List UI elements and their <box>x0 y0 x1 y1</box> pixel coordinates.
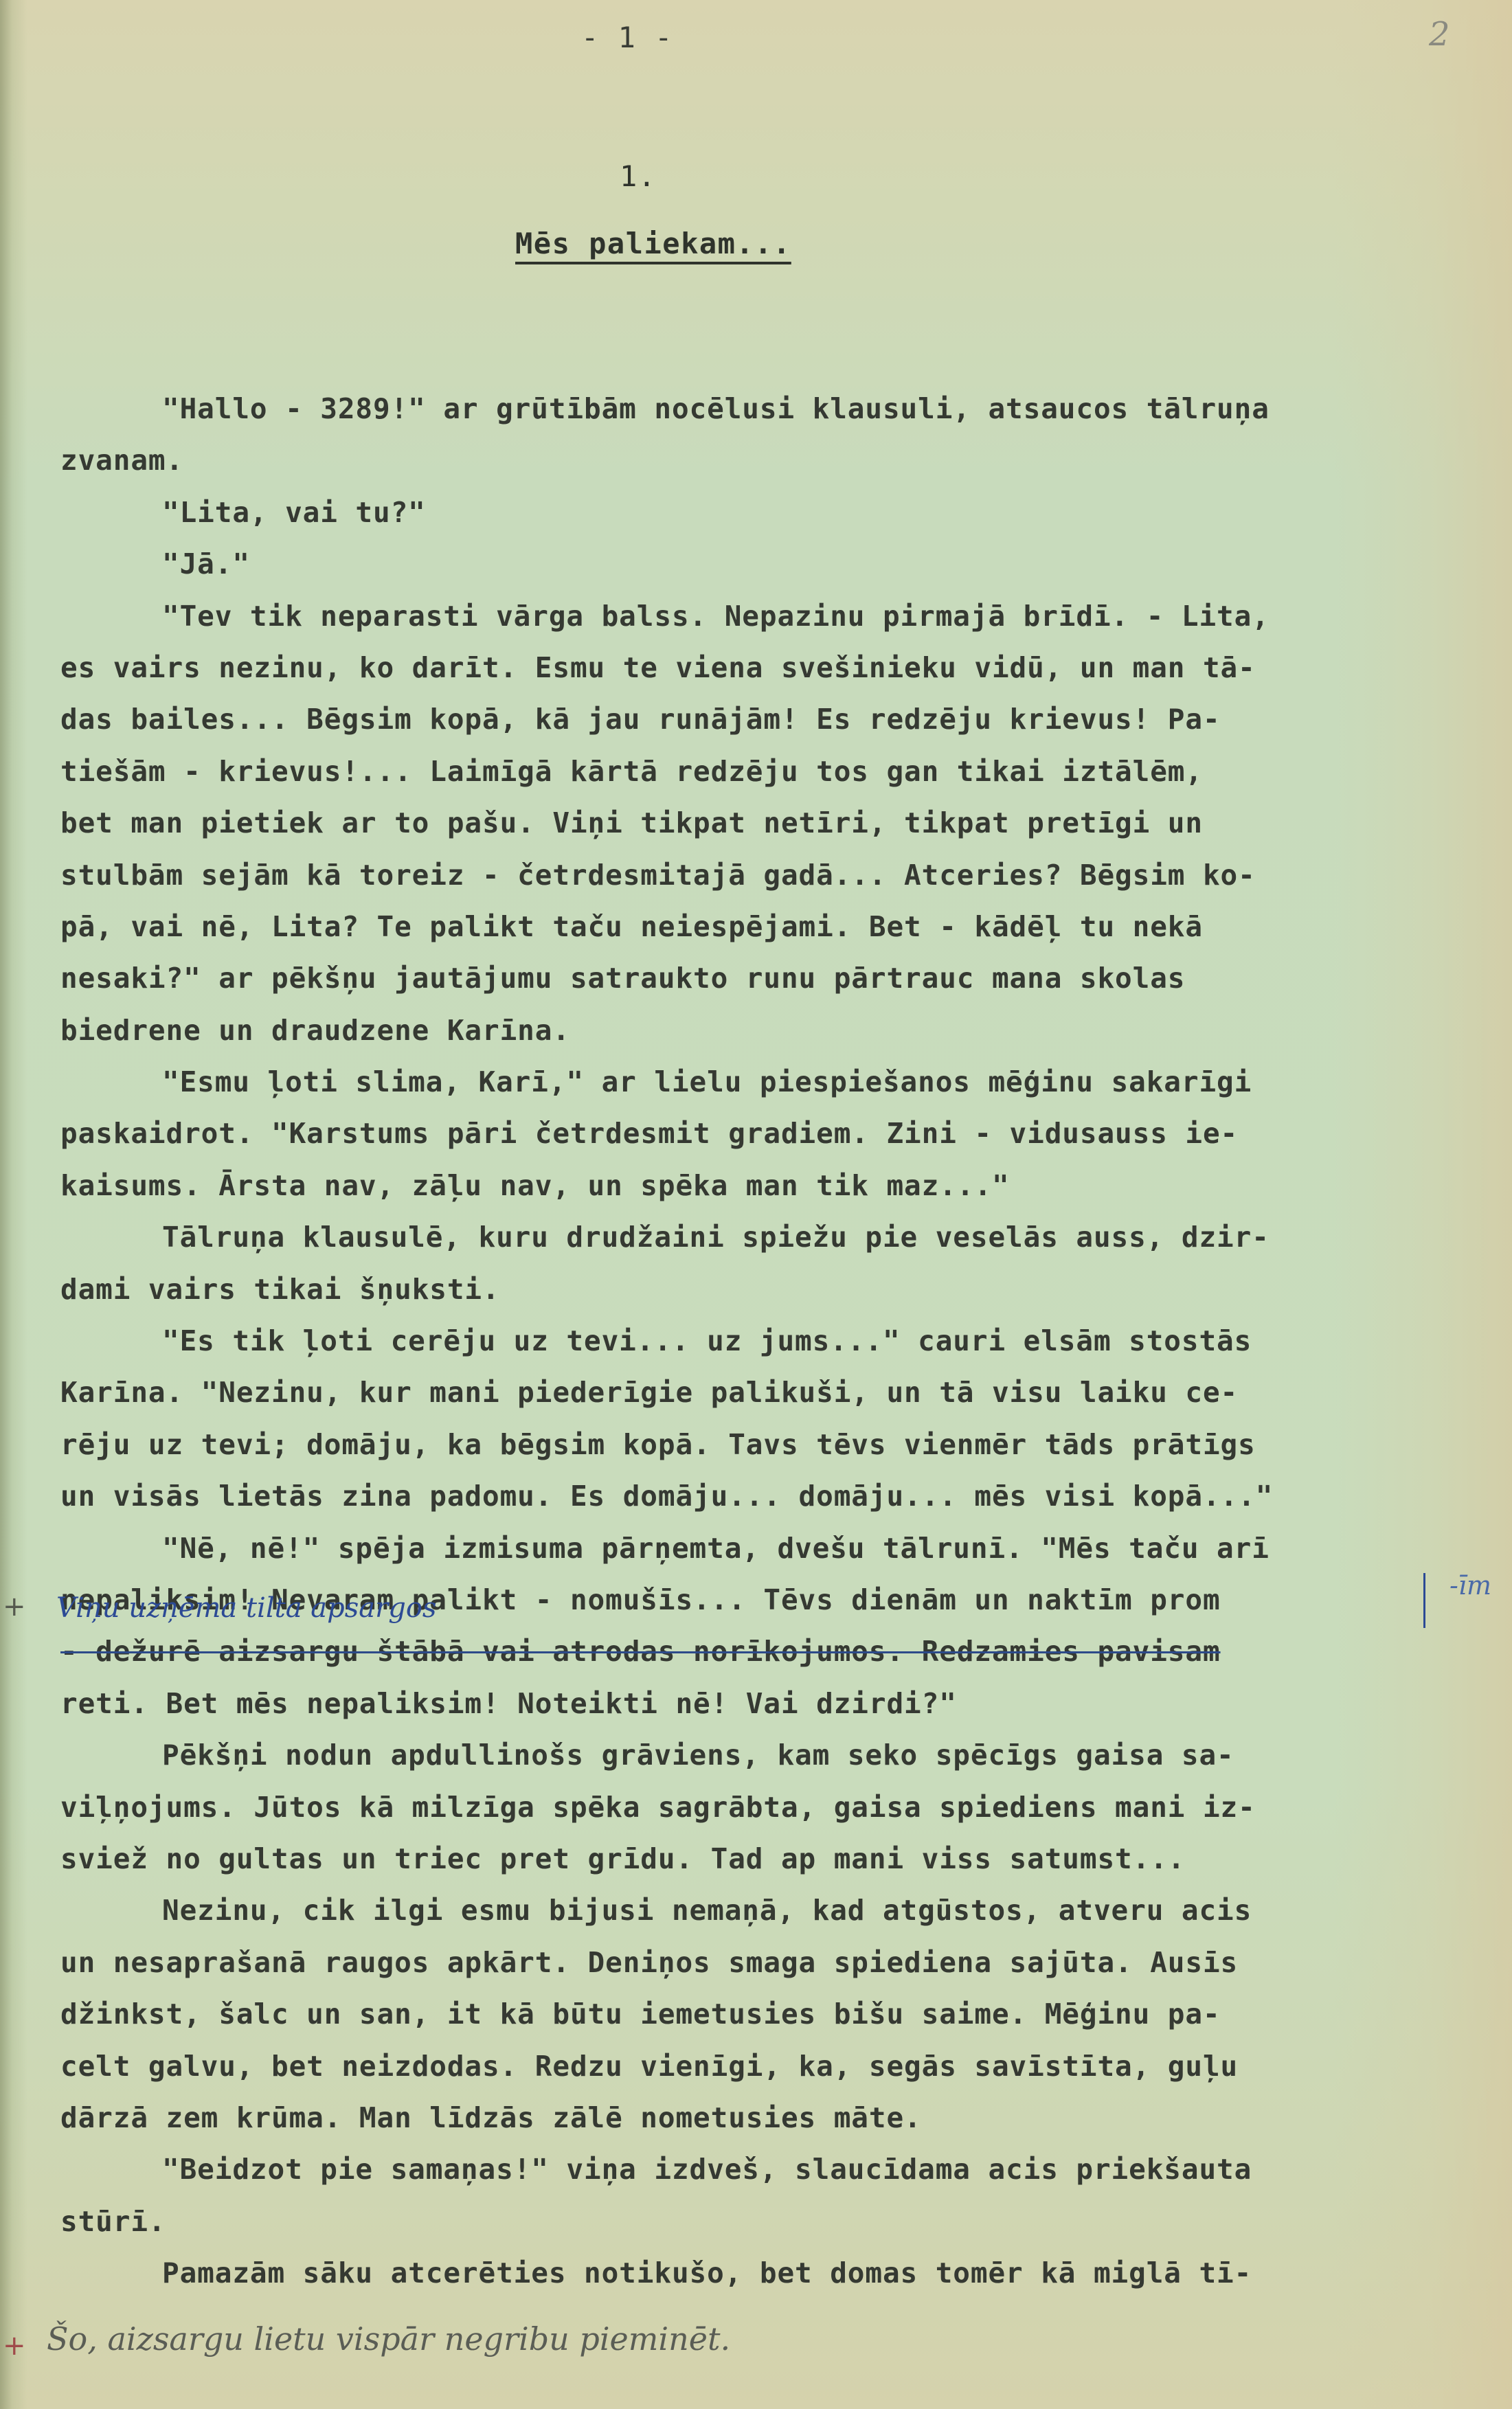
text-line-content: un visās lietās zina padomu. Es domāju..… <box>60 1480 1273 1513</box>
text-line-content: "Lita, vai tu?" <box>162 496 426 529</box>
text-line-content: Nezinu, cik ilgi esmu bijusi nemaņā, kad… <box>162 1894 1252 1927</box>
text-line-content: pā, vai nē, Lita? Te palikt taču neiespē… <box>60 910 1203 943</box>
text-line-content: rēju uz tevi; domāju, ka bēgsim kopā. Ta… <box>60 1428 1256 1461</box>
text-line-content: dārzā zem krūma. Man līdzās zālē nometus… <box>60 2101 922 2134</box>
text-line-content: bet man pietiek ar to pašu. Viņi tikpat … <box>60 806 1203 839</box>
text-line: dami vairs tikai šņuksti. <box>60 1264 1469 1315</box>
text-line: "Lita, vai tu?" <box>60 487 1469 539</box>
text-line-content: celt galvu, bet neizdodas. Redzu vienīgi… <box>60 2050 1238 2083</box>
text-line-content: un nesaprašanā raugos apkārt. Deniņos sm… <box>60 1946 1238 1979</box>
text-line-content: paskaidrot. "Karstums pāri četrdesmit gr… <box>60 1117 1238 1150</box>
text-line: un nesaprašanā raugos apkārt. Deniņos sm… <box>60 1937 1469 1989</box>
text-line: nesaki?" ar pēkšņu jautājumu satraukto r… <box>60 953 1469 1004</box>
text-line: kaisums. Ārsta nav, zāļu nav, un spēka m… <box>60 1160 1469 1212</box>
text-line: "Esmu ļoti slima, Karī," ar lielu piespi… <box>60 1056 1469 1108</box>
text-line: un visās lietās zina padomu. Es domāju..… <box>60 1471 1469 1522</box>
handwritten-page-number: 2 <box>1429 15 1450 54</box>
text-line-content: "Tev tik neparasti vārga balss. Nepazinu… <box>162 600 1270 633</box>
text-line: stulbām sejām kā toreiz - četrdesmitajā … <box>60 850 1469 901</box>
text-line: biedrene un draudzene Karīna. <box>60 1005 1469 1056</box>
text-line: - dežurē aizsargu štābā vai atrodas norī… <box>60 1626 1469 1677</box>
text-line-content: sviež no gultas un triec pret grīdu. Tad… <box>60 1842 1185 1875</box>
text-line: bet man pietiek ar to pašu. Viņi tikpat … <box>60 798 1469 849</box>
text-line-content: zvanam. <box>60 444 183 477</box>
text-line-content: Tālruņa klausulē, kuru drudžaini spiežu … <box>162 1221 1270 1254</box>
text-line: reti. Bet mēs nepaliksim! Noteikti nē! V… <box>60 1678 1469 1730</box>
text-line-content: dami vairs tikai šņuksti. <box>60 1273 500 1306</box>
text-line: Karīna. "Nezinu, kur mani piederīgie pal… <box>60 1367 1469 1418</box>
text-line: paskaidrot. "Karstums pāri četrdesmit gr… <box>60 1108 1469 1160</box>
text-line: viļņojums. Jūtos kā milzīga spēka sagrāb… <box>60 1782 1469 1833</box>
text-line: dārzā zem krūma. Man līdzās zālē nometus… <box>60 2092 1469 2144</box>
text-line-content: Pamazām sāku atcerēties notikušo, bet do… <box>162 2257 1252 2289</box>
text-line-content: "Esmu ļoti slima, Karī," ar lielu piespi… <box>162 1065 1252 1098</box>
margin-plus-mark: + <box>3 1591 26 1622</box>
text-line: "Hallo - 3289!" ar grūtībām nocēlusi kla… <box>60 383 1469 435</box>
text-line: sviež no gultas un triec pret grīdu. Tad… <box>60 1833 1469 1885</box>
text-line: tiešām - krievus!... Laimīgā kārtā redzē… <box>60 746 1469 798</box>
text-line-content: kaisums. Ārsta nav, zāļu nav, un spēka m… <box>60 1169 1010 1202</box>
text-line-content: stulbām sejām kā toreiz - četrdesmitajā … <box>60 859 1256 892</box>
text-line: pā, vai nē, Lita? Te palikt taču neiespē… <box>60 901 1469 953</box>
page-number-header: - 1 - <box>581 21 673 54</box>
text-line: "Jā." <box>60 539 1469 590</box>
text-line-content: "Nē, nē!" spēja izmisuma pārņemta, dvešu… <box>162 1532 1270 1565</box>
text-line-content: "Hallo - 3289!" ar grūtībām nocēlusi kla… <box>162 392 1270 425</box>
footnote-plus-mark: + <box>3 2330 26 2362</box>
text-line-content: es vairs nezinu, ko darīt. Esmu te viena… <box>60 651 1256 684</box>
text-line: Tālruņa klausulē, kuru drudžaini spiežu … <box>60 1212 1469 1263</box>
text-line-content: reti. Bet mēs nepaliksim! Noteikti nē! V… <box>60 1687 957 1720</box>
text-line-content: džinkst, šalc un san, it kā būtu iemetus… <box>60 1998 1221 2031</box>
text-line: celt galvu, bet neizdodas. Redzu vienīgi… <box>60 2041 1469 2092</box>
body-text: "Hallo - 3289!" ar grūtībām nocēlusi kla… <box>60 383 1469 2299</box>
text-line: das bailes... Bēgsim kopā, kā jau runājā… <box>60 694 1469 745</box>
text-line: "Beidzot pie samaņas!" viņa izdveš, slau… <box>60 2144 1469 2195</box>
text-line: Nezinu, cik ilgi esmu bijusi nemaņā, kad… <box>60 1885 1469 1936</box>
text-line-content: "Beidzot pie samaņas!" viņa izdveš, slau… <box>162 2153 1252 2186</box>
text-line-content: - dežurē aizsargu štābā vai atrodas norī… <box>60 1635 1221 1668</box>
handwritten-footnote: Šo, aizsargu lietu vispār negribu piemin… <box>47 2320 730 2357</box>
text-line: "Nē, nē!" spēja izmisuma pārņemta, dvešu… <box>60 1523 1469 1574</box>
text-line: Pamazām sāku atcerēties notikušo, bet do… <box>60 2248 1469 2299</box>
handwritten-insertion: Viņu uzņēma tilta apsargos <box>56 1592 436 1624</box>
text-line-content: nesaki?" ar pēkšņu jautājumu satraukto r… <box>60 962 1185 995</box>
text-line: rēju uz tevi; domāju, ka bēgsim kopā. Ta… <box>60 1419 1469 1471</box>
text-line: zvanam. <box>60 435 1469 486</box>
text-line-content: Karīna. "Nezinu, kur mani piederīgie pal… <box>60 1376 1238 1409</box>
text-line-content: viļņojums. Jūtos kā milzīga spēka sagrāb… <box>60 1791 1256 1824</box>
text-line: "Tev tik neparasti vārga balss. Nepazinu… <box>60 591 1469 642</box>
text-line: Pēkšņi nodun apdullinošs grāviens, kam s… <box>60 1730 1469 1781</box>
text-line-content: biedrene un draudzene Karīna. <box>60 1014 570 1047</box>
insertion-caret-mark <box>1423 1573 1425 1628</box>
chapter-number: 1. <box>620 159 657 193</box>
handwritten-margin-correction: -īm <box>1449 1570 1491 1601</box>
text-line: es vairs nezinu, ko darīt. Esmu te viena… <box>60 642 1469 694</box>
text-line-content: das bailes... Bēgsim kopā, kā jau runājā… <box>60 703 1221 736</box>
chapter-title: Mēs paliekam... <box>515 227 791 260</box>
text-line-content: "Jā." <box>162 547 250 580</box>
text-line-content: stūrī. <box>60 2205 166 2238</box>
text-line-content: Pēkšņi nodun apdullinošs grāviens, kam s… <box>162 1739 1234 1772</box>
text-line-content: tiešām - krievus!... Laimīgā kārtā redzē… <box>60 755 1203 788</box>
document-page: - 1 - 2 1. Mēs paliekam... "Hallo - 3289… <box>0 0 1512 2409</box>
text-line: džinkst, šalc un san, it kā būtu iemetus… <box>60 1989 1469 2040</box>
text-line: stūrī. <box>60 2196 1469 2248</box>
text-line-content: "Es tik ļoti cerēju uz tevi... uz jums..… <box>162 1324 1252 1357</box>
text-line: "Es tik ļoti cerēju uz tevi... uz jums..… <box>60 1315 1469 1367</box>
